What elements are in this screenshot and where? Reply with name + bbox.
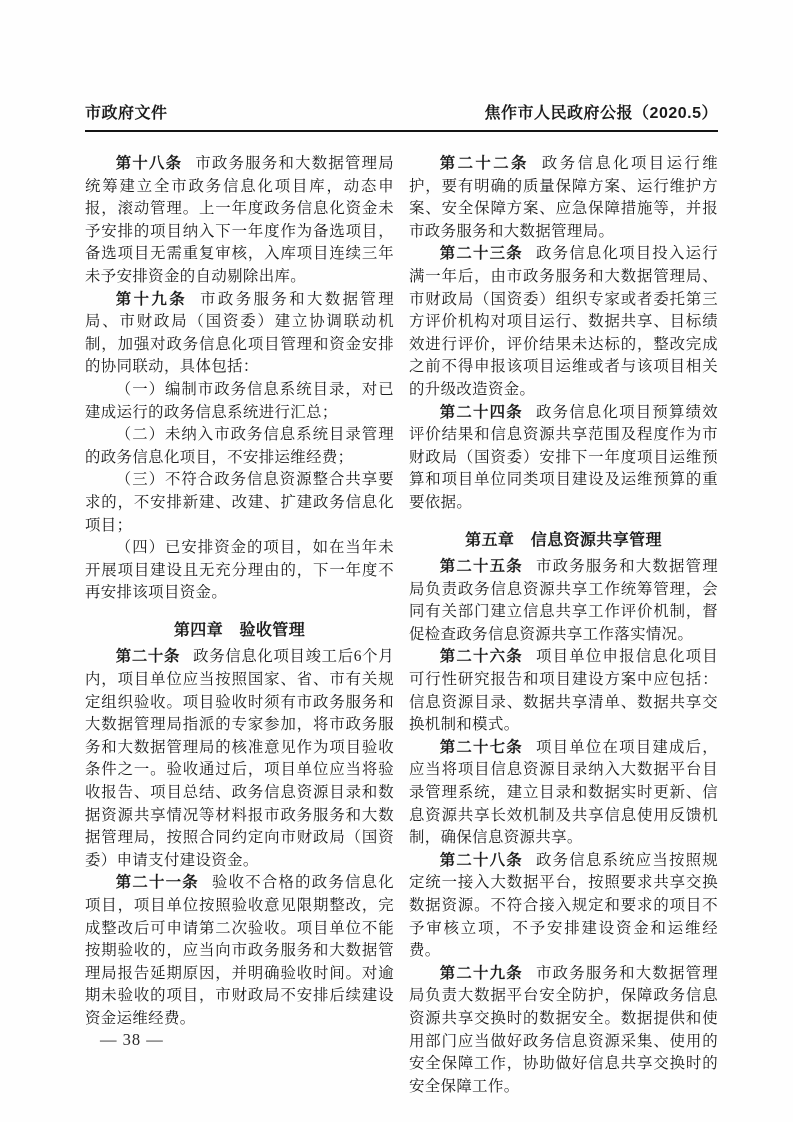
paragraph: （四）已安排资金的项目，如在当年未开展项目建设且无充分理由的，下一年度不再安排该…: [85, 537, 394, 605]
right-column: 第二十二条政务信息化项目运行维护，要有明确的质量保障方案、运行维护方案、安全保障…: [409, 153, 718, 1098]
paragraph: 第二十四条政务信息化项目预算绩效评价结果和信息资源共享范围及程度作为市财政局（国…: [409, 402, 718, 515]
header-section-title: 市政府文件: [85, 100, 168, 123]
article-number: 第二十五条: [440, 558, 523, 575]
paragraph: 第二十五条市政务服务和大数据管理局负责政务信息资源共享工作统筹管理，会同有关部门…: [409, 556, 718, 646]
header-rule: [85, 130, 718, 132]
article-number: 第十八条: [116, 155, 182, 172]
article-number: 第二十八条: [440, 852, 523, 869]
paragraph: 第二十九条市政务服务和大数据管理局负责大数据平台安全防护，保障政务信息资源共享交…: [409, 963, 718, 1099]
paragraph: 第十九条市政务服务和大数据管理局、市财政局（国资委）建立协调联动机制，加强对政务…: [85, 289, 394, 379]
article-number: 第二十七条: [440, 739, 523, 756]
paragraph: 第二十六条项目单位申报信息化项目可行性研究报告和项目建设方案中应包括：信息资源目…: [409, 646, 718, 736]
paragraph: （二）未纳入市政务信息系统目录管理的政务信息化项目，不安排运维经费；: [85, 424, 394, 469]
article-number: 第二十六条: [440, 648, 523, 665]
content-columns: 第十八条市政务服务和大数据管理局统筹建立全市政务信息化项目库，动态申报，滚动管理…: [85, 153, 718, 1098]
paragraph: （三）不符合政务信息资源整合共享要求的，不安排新建、改建、扩建政务信息化项目；: [85, 469, 394, 537]
paragraph: 第二十八条政务信息系统应当按照规定统一接入大数据平台，按照要求共享交换数据资源。…: [409, 850, 718, 963]
page-header: 市政府文件 焦作市人民政府公报（2020.5）: [85, 100, 718, 123]
article-number: 第十九条: [116, 291, 187, 308]
document-page: 市政府文件 焦作市人民政府公报（2020.5） 第十八条市政务服务和大数据管理局…: [0, 0, 793, 1122]
paragraph: 第二十条政务信息化项目竣工后6个月内，项目单位应当按照国家、省、市有关规定组织验…: [85, 646, 394, 872]
paragraph: 第二十二条政务信息化项目运行维护，要有明确的质量保障方案、运行维护方案、安全保障…: [409, 153, 718, 243]
page-number: — 38 —: [100, 1030, 164, 1049]
article-number: 第二十条: [116, 648, 180, 665]
paragraph: 第十八条市政务服务和大数据管理局统筹建立全市政务信息化项目库，动态申报，滚动管理…: [85, 153, 394, 289]
paragraph: 第二十三条政务信息化项目投入运行满一年后，由市政务服务和大数据管理局、市财政局（…: [409, 243, 718, 401]
paragraph: （一）编制市政务信息系统目录，对已建成运行的政务信息系统进行汇总；: [85, 379, 394, 424]
paragraph: 第二十一条验收不合格的政务信息化项目，项目单位按照验收意见限期整改，完成整改后可…: [85, 872, 394, 1030]
article-number: 第二十九条: [440, 965, 523, 982]
article-number: 第二十三条: [440, 245, 523, 262]
article-number: 第二十二条: [440, 155, 529, 172]
chapter-heading: 第四章 验收管理: [85, 620, 394, 643]
chapter-heading: 第五章 信息资源共享管理: [409, 530, 718, 553]
article-number: 第二十一条: [116, 874, 199, 891]
article-number: 第二十四条: [440, 404, 523, 421]
left-column: 第十八条市政务服务和大数据管理局统筹建立全市政务信息化项目库，动态申报，滚动管理…: [85, 153, 394, 1098]
header-publication-title: 焦作市人民政府公报（2020.5）: [485, 100, 718, 123]
paragraph: 第二十七条项目单位在项目建成后，应当将项目信息资源目录纳入大数据平台目录管理系统…: [409, 737, 718, 850]
page-footer: — 38 —: [100, 1030, 164, 1050]
